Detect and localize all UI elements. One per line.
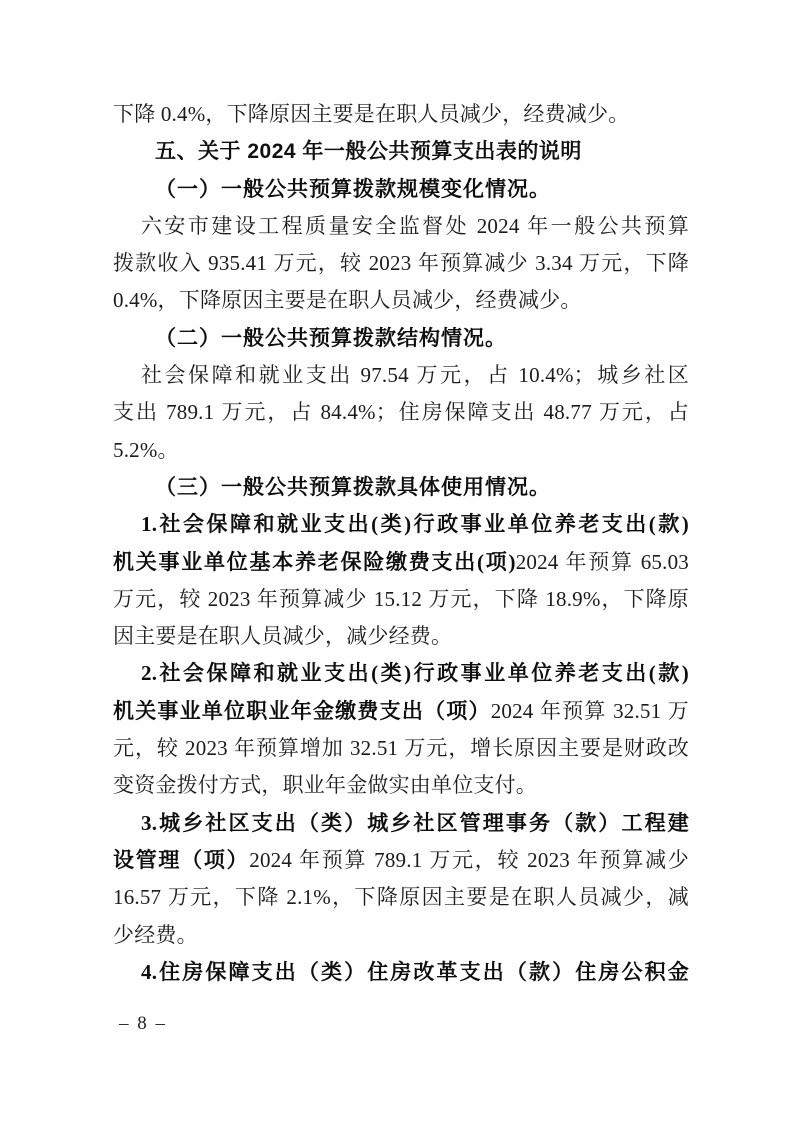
text-run: 拨款收入 935.41 万元，较 2023 年预算减少 3.34 万元，下降 (113, 251, 689, 275)
paragraph-line: 机关事业单位职业年金缴费支出（项）2024 年预算 32.51 万 (113, 693, 689, 730)
text-run: 16.57 万元，下降 2.1%，下降原因主要是在职人员减少，减 (113, 885, 689, 909)
paragraph-line: 下降 0.4%，下降原因主要是在职人员减少，经费减少。 (113, 96, 689, 133)
text-run: 元，较 2023 年预算增加 32.51 万元，增长原因主要是财政改 (113, 736, 689, 760)
document-page: 下降 0.4%，下降原因主要是在职人员减少，经费减少。 五、关于 2024 年一… (0, 0, 793, 1122)
page-number: – 8 – (119, 1013, 167, 1034)
paragraph-line: 3.城乡社区支出（类）城乡社区管理事务（款）工程建 (113, 805, 689, 842)
text-run-bold: 3.城乡社区支出（类）城乡社区管理事务（款）工程建 (141, 811, 689, 835)
text-run: 2024 年预算 65.03 (516, 550, 689, 574)
text-run: 5.2%。 (113, 438, 179, 462)
text-run: 社会保障和就业支出 97.54 万元，占 10.4%；城乡社区 (141, 363, 689, 387)
text-run: 0.4%，下降原因主要是在职人员减少，经费减少。 (113, 288, 582, 312)
paragraph-line: 支出 789.1 万元，占 84.4%；住房保障支出 48.77 万元，占 (113, 394, 689, 431)
text-run: 2024 年预算 789.1 万元，较 2023 年预算减少 (249, 848, 689, 872)
paragraph-line: 16.57 万元，下降 2.1%，下降原因主要是在职人员减少，减 (113, 879, 689, 916)
paragraph-line: 万元，较 2023 年预算减少 15.12 万元，下降 18.9%，下降原 (113, 581, 689, 618)
paragraph-line: 5.2%。 (113, 432, 689, 469)
subsection-heading-1: （一）一般公共预算拨款规模变化情况。 (113, 171, 689, 208)
page-footer: – 8 – (119, 1013, 167, 1035)
paragraph-line: 六安市建设工程质量安全监督处 2024 年一般公共预算 (113, 208, 689, 245)
paragraph-line: 1.社会保障和就业支出(类)行政事业单位养老支出(款) (113, 506, 689, 543)
paragraph-line: 4.住房保障支出（类）住房改革支出（款）住房公积金 (113, 954, 689, 991)
subsection-heading-2: （二）一般公共预算拨款结构情况。 (113, 320, 689, 357)
text-run: 少经费。 (113, 923, 198, 947)
paragraph-line: 变资金拨付方式，职业年金做实由单位支付。 (113, 767, 689, 804)
text-run-bold: 设管理（项） (113, 848, 249, 872)
text-run: 变资金拨付方式，职业年金做实由单位支付。 (113, 773, 537, 797)
paragraph-line: 社会保障和就业支出 97.54 万元，占 10.4%；城乡社区 (113, 357, 689, 394)
text-run: 六安市建设工程质量安全监督处 2024 年一般公共预算 (141, 214, 689, 238)
paragraph-line: 0.4%，下降原因主要是在职人员减少，经费减少。 (113, 282, 689, 319)
paragraph-line: 机关事业单位基本养老保险缴费支出(项)2024 年预算 65.03 (113, 544, 689, 581)
heading-text: 五、关于 2024 年一般公共预算支出表的说明 (155, 140, 582, 163)
text-run-bold: 机关事业单位基本养老保险缴费支出(项) (113, 550, 516, 574)
paragraph-line: 设管理（项）2024 年预算 789.1 万元，较 2023 年预算减少 (113, 842, 689, 879)
text-run-bold: 2.社会保障和就业支出(类)行政事业单位养老支出(款) (141, 661, 689, 685)
heading-text: （二）一般公共预算拨款结构情况。 (155, 326, 507, 350)
paragraph-line: 因主要是在职人员减少，减少经费。 (113, 618, 689, 655)
subsection-heading-3: （三）一般公共预算拨款具体使用情况。 (113, 469, 689, 506)
text-run-bold: 1.社会保障和就业支出(类)行政事业单位养老支出(款) (141, 512, 689, 536)
text-run: 下降 0.4%，下降原因主要是在职人员减少，经费减少。 (113, 102, 629, 126)
paragraph-line: 元，较 2023 年预算增加 32.51 万元，增长原因主要是财政改 (113, 730, 689, 767)
paragraph-line: 拨款收入 935.41 万元，较 2023 年预算减少 3.34 万元，下降 (113, 245, 689, 282)
document-body: 下降 0.4%，下降原因主要是在职人员减少，经费减少。 五、关于 2024 年一… (113, 96, 689, 991)
paragraph-line: 2.社会保障和就业支出(类)行政事业单位养老支出(款) (113, 655, 689, 692)
section-heading-five: 五、关于 2024 年一般公共预算支出表的说明 (113, 133, 689, 170)
heading-text: （一）一般公共预算拨款规模变化情况。 (155, 177, 551, 201)
text-run-bold: 机关事业单位职业年金缴费支出（项） (113, 699, 491, 723)
text-run: 2024 年预算 32.51 万 (491, 699, 689, 723)
paragraph-line: 少经费。 (113, 917, 689, 954)
text-run: 支出 789.1 万元，占 84.4%；住房保障支出 48.77 万元，占 (113, 400, 689, 424)
text-run: 万元，较 2023 年预算减少 15.12 万元，下降 18.9%，下降原 (113, 587, 689, 611)
text-run-bold: 4.住房保障支出（类）住房改革支出（款）住房公积金 (141, 960, 689, 984)
text-run: 因主要是在职人员减少，减少经费。 (113, 624, 452, 648)
heading-text: （三）一般公共预算拨款具体使用情况。 (155, 475, 551, 499)
